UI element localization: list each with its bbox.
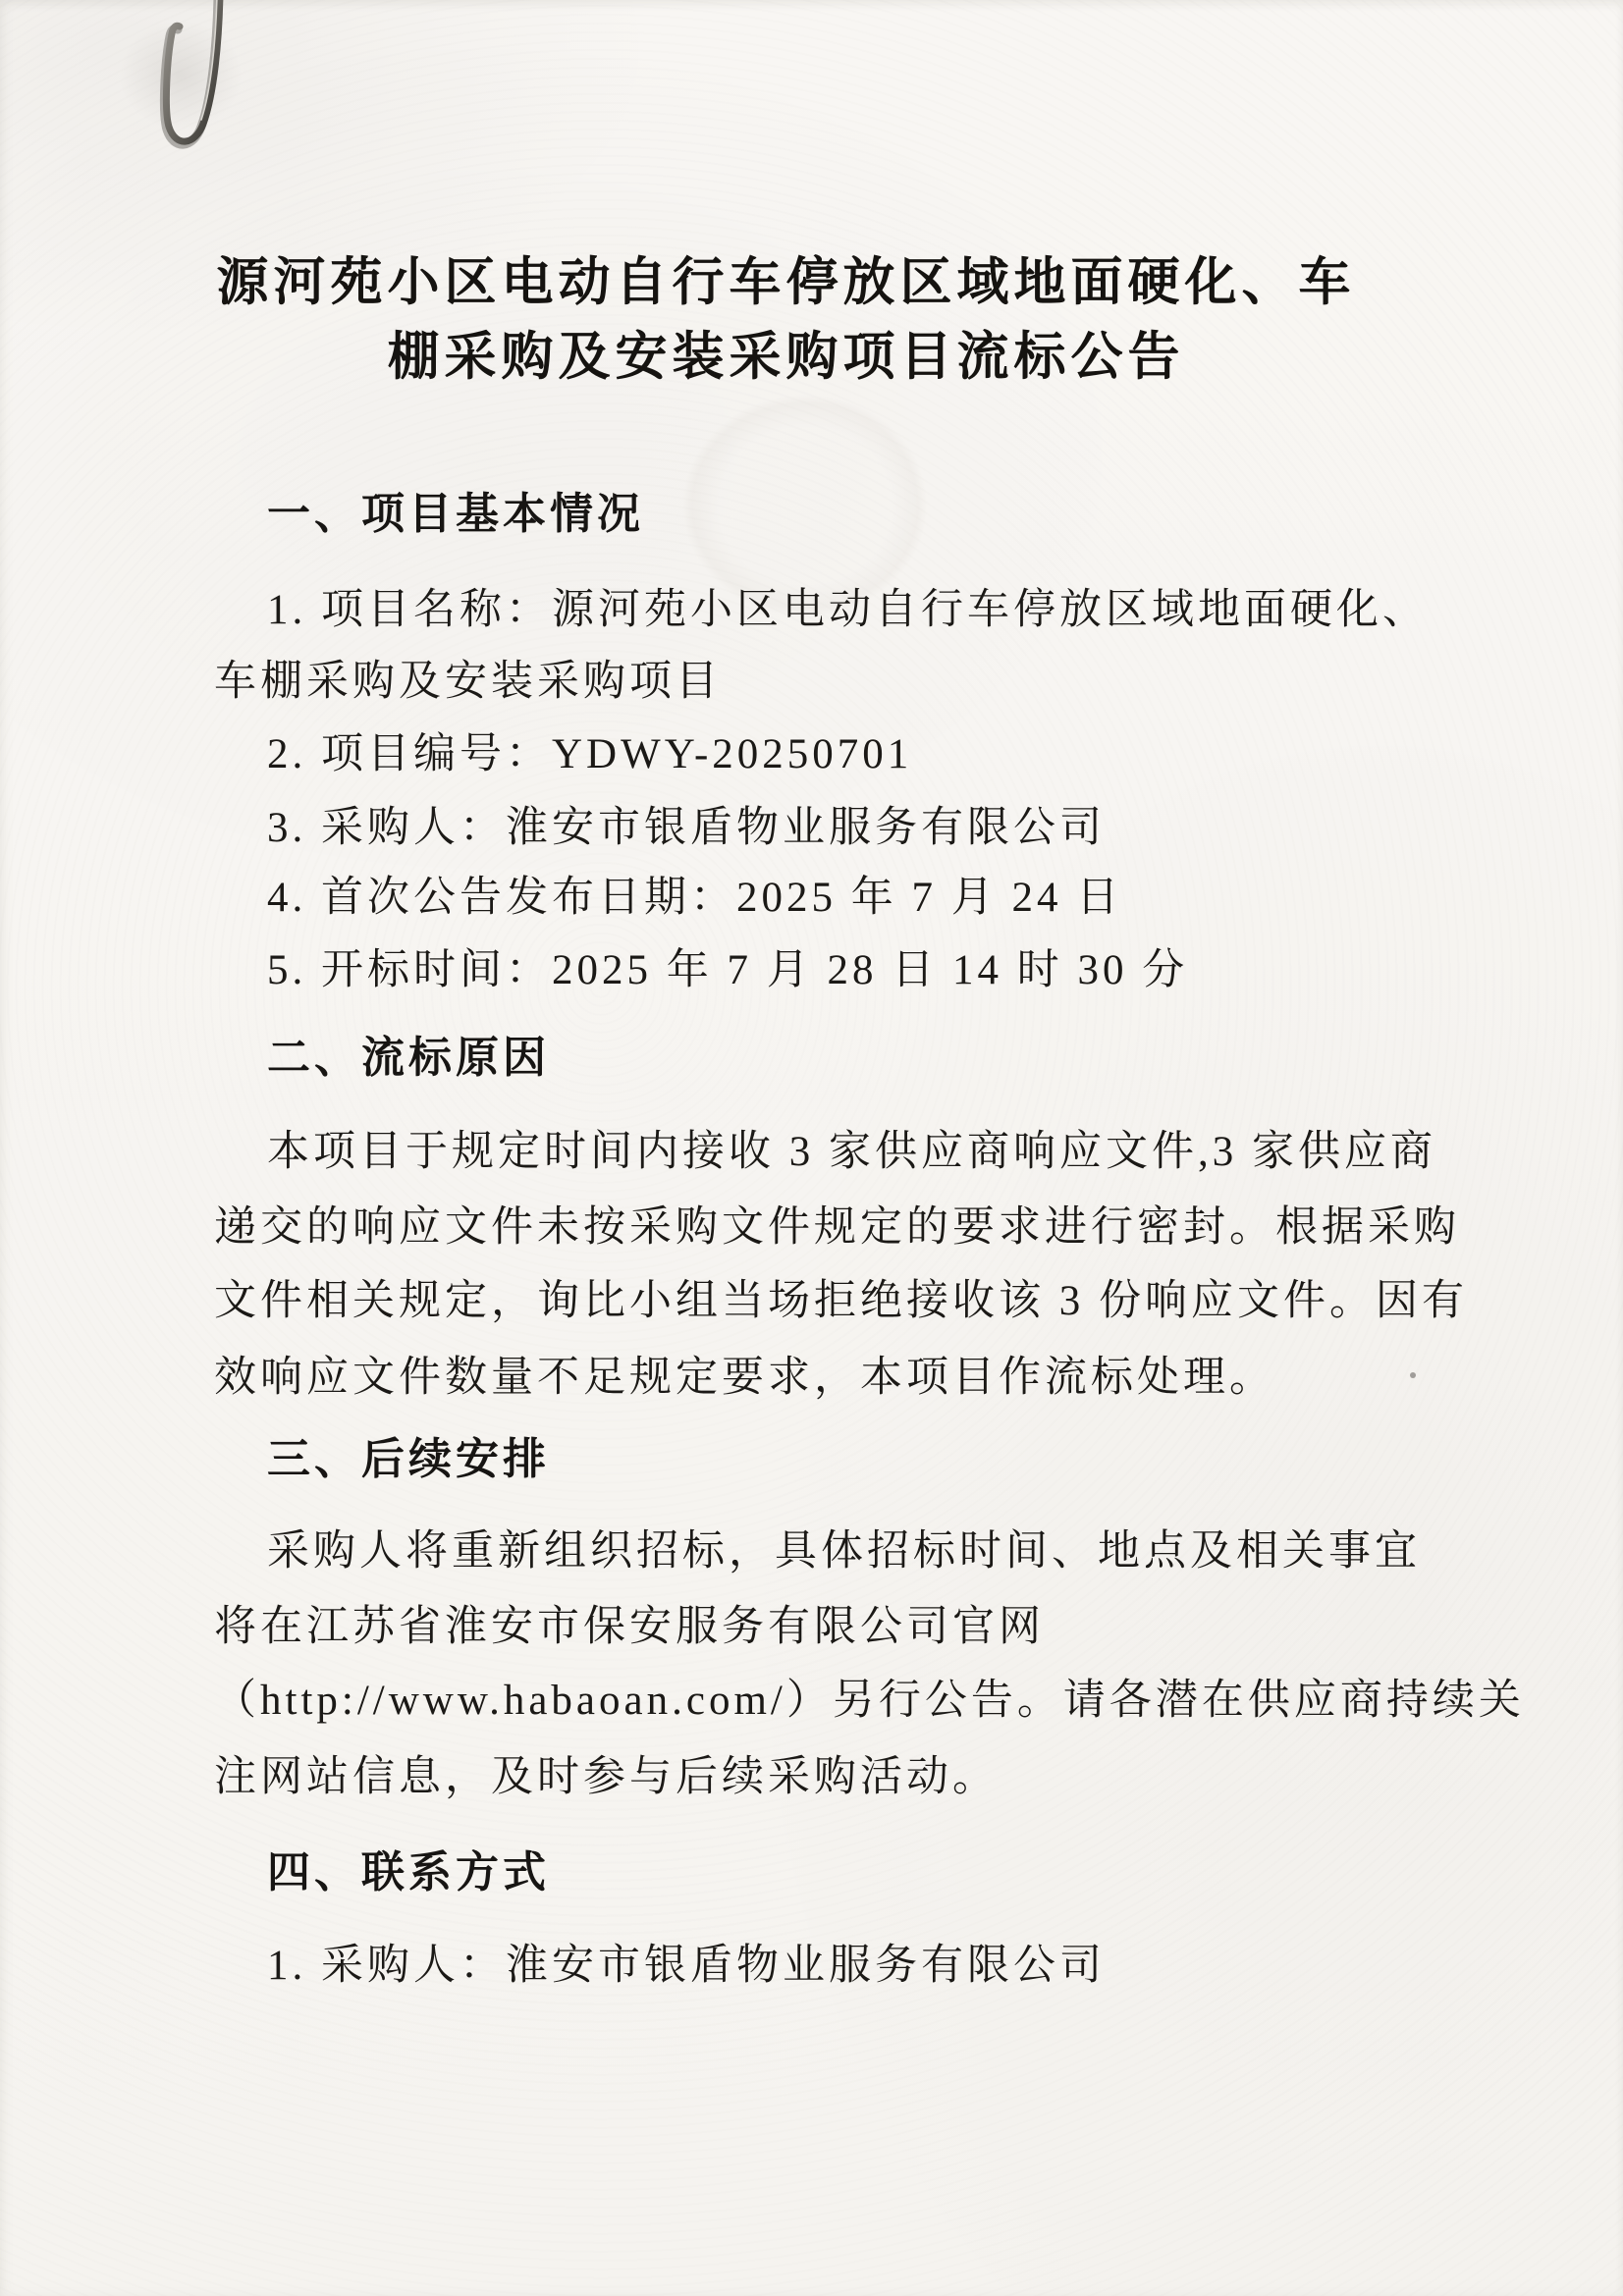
item-project-name-line2: 车棚采购及安装采购项目 (214, 658, 722, 707)
follow-up-line2: 将在江苏省淮安市保安服务有限公司官网 (214, 1603, 1045, 1652)
scanned-document-page: 源河苑小区电动自行车停放区域地面硬化、车 棚采购及安装采购项目流标公告 一、项目… (0, 0, 1623, 2296)
scan-speck (1410, 1372, 1416, 1378)
failure-reason-line2: 递交的响应文件未按采购文件规定的要求进行密封。根据采购 (214, 1203, 1460, 1253)
document-title-line1: 源河苑小区电动自行车停放区域地面硬化、车 (0, 245, 1572, 320)
follow-up-line1: 采购人将重新组织招标，具体招标时间、地点及相关事宜 (267, 1527, 1421, 1576)
failure-reason-line3: 文件相关规定，询比小组当场拒绝接收该 3 份响应文件。因有 (214, 1277, 1468, 1326)
follow-up-line3-url: （http://www.habaoan.com/）另行公告。请各潜在供应商持续关 (214, 1677, 1525, 1726)
section-heading-failure-reason: 二、流标原因 (267, 1035, 550, 1082)
item-project-number: 2. 项目编号：YDWY-20250701 (267, 730, 912, 779)
contact-purchaser: 1. 采购人：淮安市银盾物业服务有限公司 (267, 1942, 1106, 1991)
section-heading-follow-up: 三、后续安排 (267, 1436, 550, 1483)
section-heading-contact: 四、联系方式 (267, 1849, 550, 1896)
paperclip-icon (0, 0, 255, 167)
failure-reason-line1: 本项目于规定时间内接收 3 家供应商响应文件,3 家供应商 (267, 1128, 1436, 1177)
document-title-line2: 棚采购及安装采购项目流标公告 (0, 320, 1572, 395)
section-heading-basic-info: 一、项目基本情况 (267, 491, 644, 538)
follow-up-line4: 注网站信息，及时参与后续采购活动。 (214, 1753, 999, 1802)
item-purchaser: 3. 采购人：淮安市银盾物业服务有限公司 (267, 804, 1106, 853)
item-first-announcement-date: 4. 首次公告发布日期：2025 年 7 月 24 日 (267, 874, 1122, 923)
document-title: 源河苑小区电动自行车停放区域地面硬化、车 棚采购及安装采购项目流标公告 (0, 245, 1572, 395)
item-bid-opening-time: 5. 开标时间：2025 年 7 月 28 日 14 时 30 分 (267, 946, 1188, 995)
item-project-name-line1: 1. 项目名称：源河苑小区电动自行车停放区域地面硬化、 (267, 586, 1429, 635)
failure-reason-line4: 效响应文件数量不足规定要求，本项目作流标处理。 (214, 1354, 1275, 1403)
